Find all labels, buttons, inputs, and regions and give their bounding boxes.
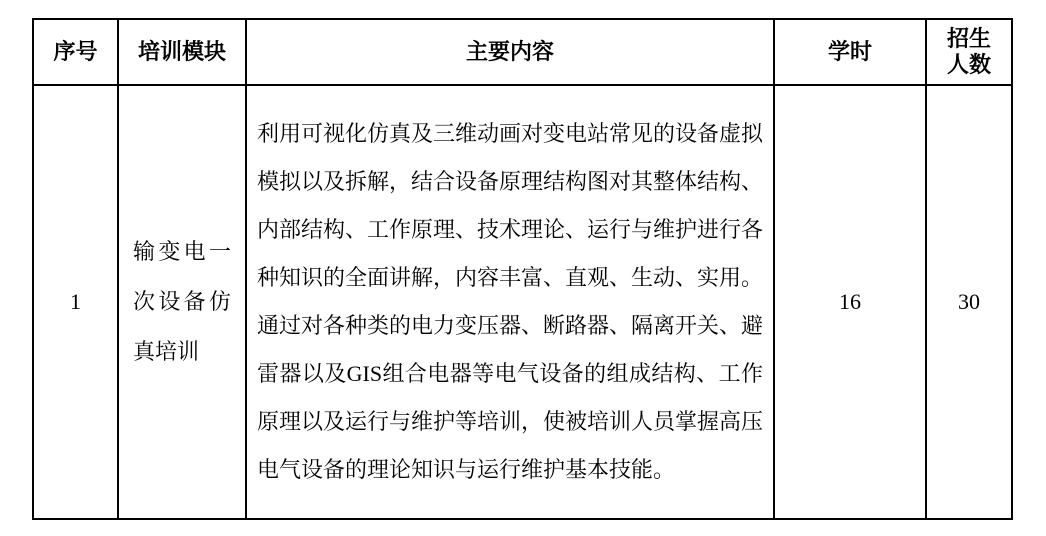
header-cell-module: 培训模块: [118, 19, 246, 85]
header-cell-serial: 序号: [33, 19, 118, 85]
enrollment-cell: 30: [926, 85, 1012, 519]
table-header-row: 序号 培训模块 主要内容 学时 招生人数: [33, 19, 1012, 85]
hours-cell: 16: [774, 85, 926, 519]
header-cell-content: 主要内容: [246, 19, 774, 85]
module-cell: 输变电一次设备仿真培训: [118, 85, 246, 519]
content-cell: 利用可视化仿真及三维动画对变电站常见的设备虚拟模拟以及拆解，结合设备原理结构图对…: [246, 85, 774, 519]
content-cell-text: 利用可视化仿真及三维动画对变电站常见的设备虚拟模拟以及拆解，结合设备原理结构图对…: [247, 110, 773, 494]
table-row: 1 输变电一次设备仿真培训 利用可视化仿真及三维动画对变电站常见的设备虚拟模拟以…: [33, 85, 1012, 519]
header-cell-enrollment: 招生人数: [926, 19, 1012, 85]
serial-cell: 1: [33, 85, 118, 519]
module-cell-text: 输变电一次设备仿真培训: [133, 227, 231, 377]
training-table: 序号 培训模块 主要内容 学时 招生人数 1 输变电一次设备仿真培训 利用可视化…: [32, 18, 1013, 520]
header-cell-hours: 学时: [774, 19, 926, 85]
header-cell-enrollment-label: 招生人数: [943, 26, 995, 78]
document-page: 序号 培训模块 主要内容 学时 招生人数 1 输变电一次设备仿真培训 利用可视化…: [32, 18, 1013, 520]
